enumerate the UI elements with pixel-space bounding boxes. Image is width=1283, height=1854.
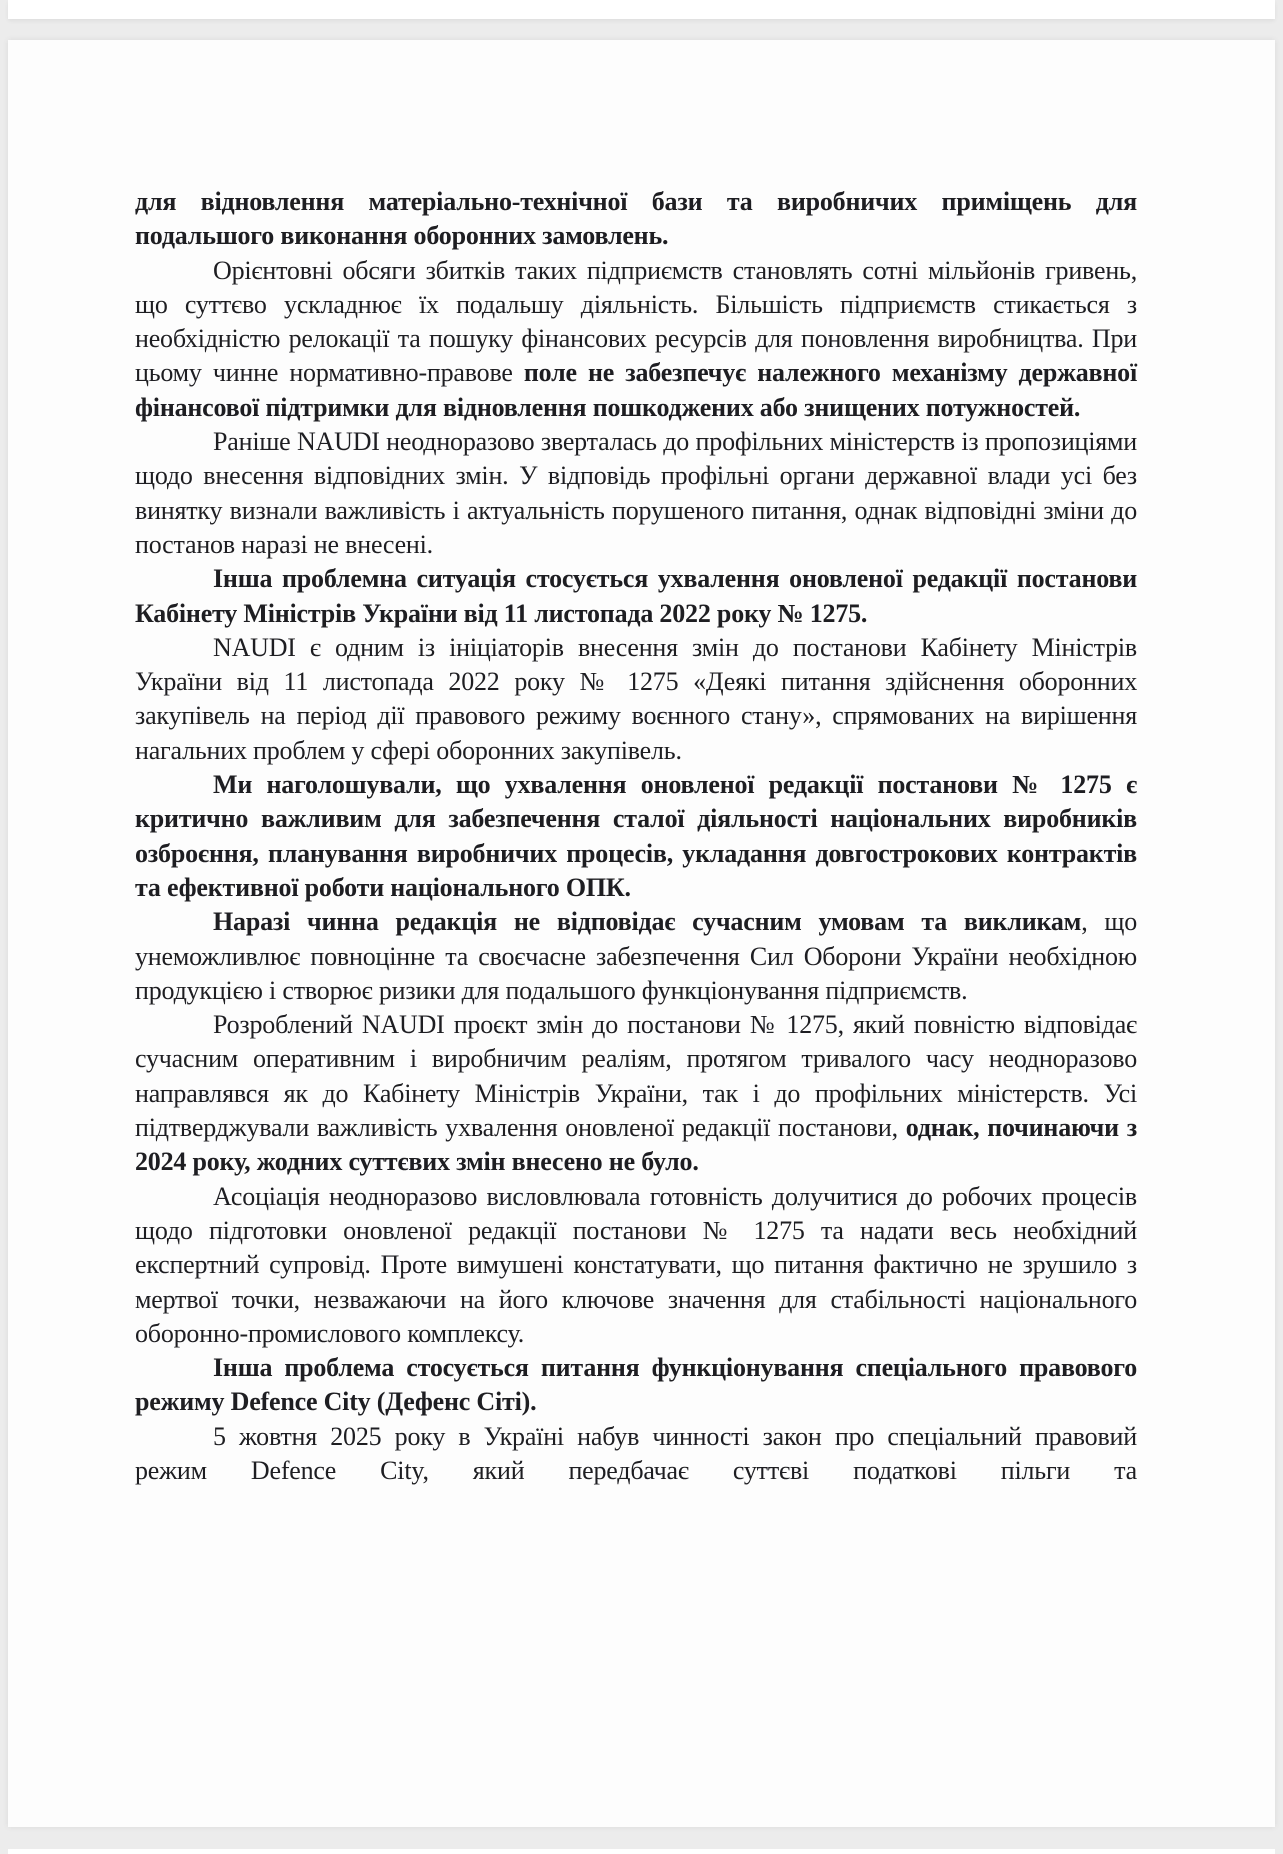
bold-text: Наразі чинна редакція не відповідає суча… [213,907,1081,936]
body-text: NAUDI є одним із ініціаторів внесення зм… [135,633,1137,765]
next-page-edge [8,1849,1275,1854]
bold-text: для відновлення матеріально-технічної ба… [135,187,1137,250]
body-text: 5 жовтня 2025 року в Україні набув чинно… [135,1422,1137,1485]
paragraph-3: Раніше NAUDI неодноразово зверталась до … [135,425,1137,562]
paragraph-9: Асоціація неодноразово висловлювала гото… [135,1180,1137,1351]
bold-text: Інша проблемна ситуація стосується ухвал… [135,564,1137,627]
paragraph-11: 5 жовтня 2025 року в Україні набув чинно… [135,1420,1137,1489]
body-text: Асоціація неодноразово висловлювала гото… [135,1182,1137,1348]
paragraph-6: Ми наголошували, що ухвалення оновленої … [135,768,1137,905]
paragraph-4: Інша проблемна ситуація стосується ухвал… [135,562,1137,631]
bold-text: Ми наголошували, що ухвалення оновленої … [135,770,1137,902]
document-body: для відновлення матеріально-технічної ба… [135,185,1137,1488]
document-page: для відновлення матеріально-технічної ба… [8,40,1275,1827]
paragraph-10: Інша проблема стосується питання функціо… [135,1351,1137,1420]
paragraph-1: для відновлення матеріально-технічної ба… [135,185,1137,254]
paragraph-7: Наразі чинна редакція не відповідає суча… [135,905,1137,1008]
body-text: Раніше NAUDI неодноразово зверталась до … [135,427,1137,559]
paragraph-2: Орієнтовні обсяги збитків таких підприєм… [135,254,1137,425]
previous-page-edge [8,0,1275,19]
paragraph-8: Розроблений NAUDI проєкт змін до постано… [135,1008,1137,1179]
paragraph-5: NAUDI є одним із ініціаторів внесення зм… [135,631,1137,768]
bold-text: Інша проблема стосується питання функціо… [135,1353,1137,1416]
